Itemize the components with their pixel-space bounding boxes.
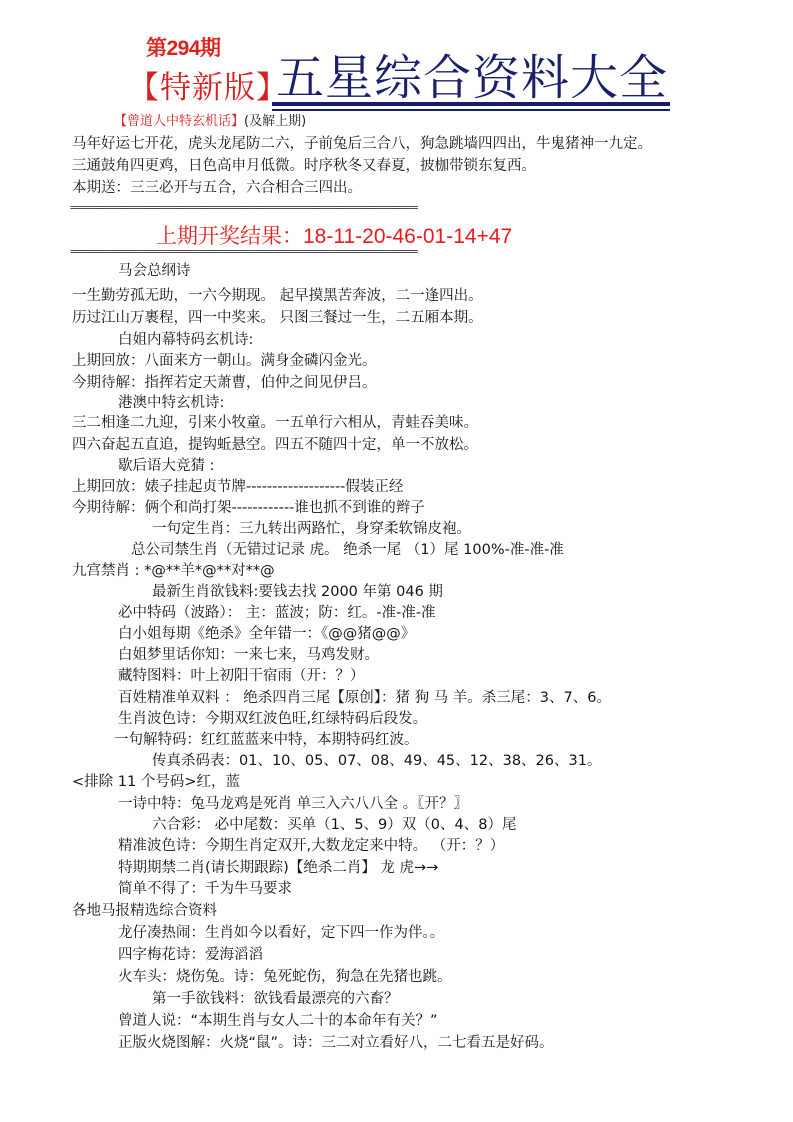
body-line: 最新生肖欲钱料:要钱去找 2000 年第 046 期	[152, 583, 443, 601]
body-line: 正版火烧图解：火烧“鼠”。诗：三二对立看好八，二七看五是好码。	[118, 1034, 554, 1052]
body-line: 火车头：烧伤兔。诗：兔死蛇伤，狗急在先猪也跳。	[118, 968, 452, 986]
subtitle-text: 【曾道人中特玄机话】	[114, 114, 244, 129]
body-line: 四字梅花诗：爱海滔滔	[118, 946, 263, 964]
title-underline-thick	[272, 102, 670, 106]
body-line: 一句定生肖：三九转出两路忙，身穿柔软锦皮袍。	[152, 520, 471, 538]
body-line: 上期回放：八面来方一朝山。满身金磷闪金光。	[72, 352, 377, 370]
intro-line: 本期送：三三必开与五合，六合相合三四出。	[72, 179, 362, 197]
body-line: 各地马报精选综合资料	[72, 902, 217, 920]
body-line: 精准波色诗：今期生肖定双开,大数龙定来中特。 （开：？）	[118, 837, 504, 855]
body-line: 第一手欲钱料：欲钱看最漂亮的六畜？	[152, 990, 399, 1008]
separator-line: ========================================…	[70, 203, 417, 213]
body-line: 歇后语大竞猜 :	[118, 457, 215, 475]
body-line: 总公司禁生肖（无错过记录 虎。 绝杀一尾 （1）尾 100%-准-准-准	[131, 541, 564, 559]
separator-line: ========================================…	[70, 247, 417, 257]
body-line: 港澳中特玄机诗:	[118, 394, 224, 412]
body-line: 三二相逢二九迎，引来小牧童。一五单行六相从，青蛙吞美味。	[72, 414, 478, 432]
body-line: 白姐内幕特码玄机诗:	[118, 331, 253, 349]
body-line: 传真杀码表：01、10、05、07、08、49、45、12、38、26、31。	[152, 752, 601, 770]
edition-label: 【特新版】	[128, 62, 288, 107]
section-subtitle: 【曾道人中特玄机话】(及解上期)	[114, 110, 306, 129]
body-line: 一诗中特：兔马龙鸡是死肖 单三入六八八全 。〖开？〗	[118, 795, 468, 813]
title-underline-thin	[272, 109, 670, 111]
body-line: 曾道人说：“本期生肖与女人二十的本命年有关？”	[118, 1012, 438, 1030]
page-title: 五星综合资料大全	[276, 50, 668, 106]
body-line: 必中特码（波路）： 主：蓝波；防：红。-准-准-准	[118, 604, 436, 622]
body-line: 生肖波色诗：今期双红波色旺,红绿特码后段发。	[118, 710, 427, 728]
body-line: 简单不得了：千为牛马要求	[118, 880, 292, 898]
body-line: 白小姐每期《绝杀》全年错一：《@@猪@@》	[118, 625, 415, 643]
body-line: 特期期禁二肖(请长期跟踪)【绝杀二肖】 龙 虎→→	[118, 859, 438, 877]
issue-number: 第294期	[146, 32, 221, 62]
body-line: 马会总纲诗	[118, 262, 191, 280]
intro-line: 三通鼓角四更鸡，日色高申月低微。时序秋冬又春夏，披枷带锁东复西。	[72, 157, 536, 175]
body-line: 一生勤劳孤无助，一六今期现。 起早摸黑苦奔波，二一逢四出。	[72, 287, 483, 305]
body-line: <排除 11 个号码>红，蓝	[72, 773, 240, 791]
body-line: 四六奋起五直追，提钩蚯悬空。四五不随四十定，单一不放松。	[72, 436, 478, 454]
body-line: 龙仔凑热闹：生肖如今以看好，定下四一作为伴。。	[118, 924, 444, 942]
body-line: 九宫禁肖 : *@**羊*@**对**@	[72, 562, 275, 580]
body-line: 今期待解：俩个和尚打架------------谁也抓不到谁的辫子	[72, 499, 425, 517]
body-line: 六合彩： 必中尾数：买单（1、5、9）双（0、4、8）尾	[152, 816, 516, 834]
body-line: 历过江山万裹程，四一中奖来。 只图三餐过一生，二五厢本期。	[72, 309, 483, 327]
subtitle-note: (及解上期)	[244, 114, 306, 129]
body-line: 今期待解：指挥若定天萧曹，伯仲之间见伊吕。	[72, 374, 377, 392]
body-line: 上期回放：婊子挂起贞节牌-------------------假装正经	[72, 478, 403, 496]
body-line: 白姐梦里话你知：一来七来，马鸡发财。	[118, 646, 379, 664]
body-line: 藏特图料：叶上初阳干宿雨（开：？）	[118, 667, 365, 685]
body-line: 百姓精准单双料 ： 绝杀四肖三尾【原创】：猪 狗 马 羊。杀三尾：3、7、6。	[118, 689, 611, 707]
intro-line: 马年好运七开花，虎头龙尾防二六，子前兔后三合八，狗急跳墙四四出，牛鬼猪神一九定。	[72, 135, 652, 153]
body-line: 一句解特码：红红蓝蓝来中特，本期特码红波。	[114, 731, 419, 749]
